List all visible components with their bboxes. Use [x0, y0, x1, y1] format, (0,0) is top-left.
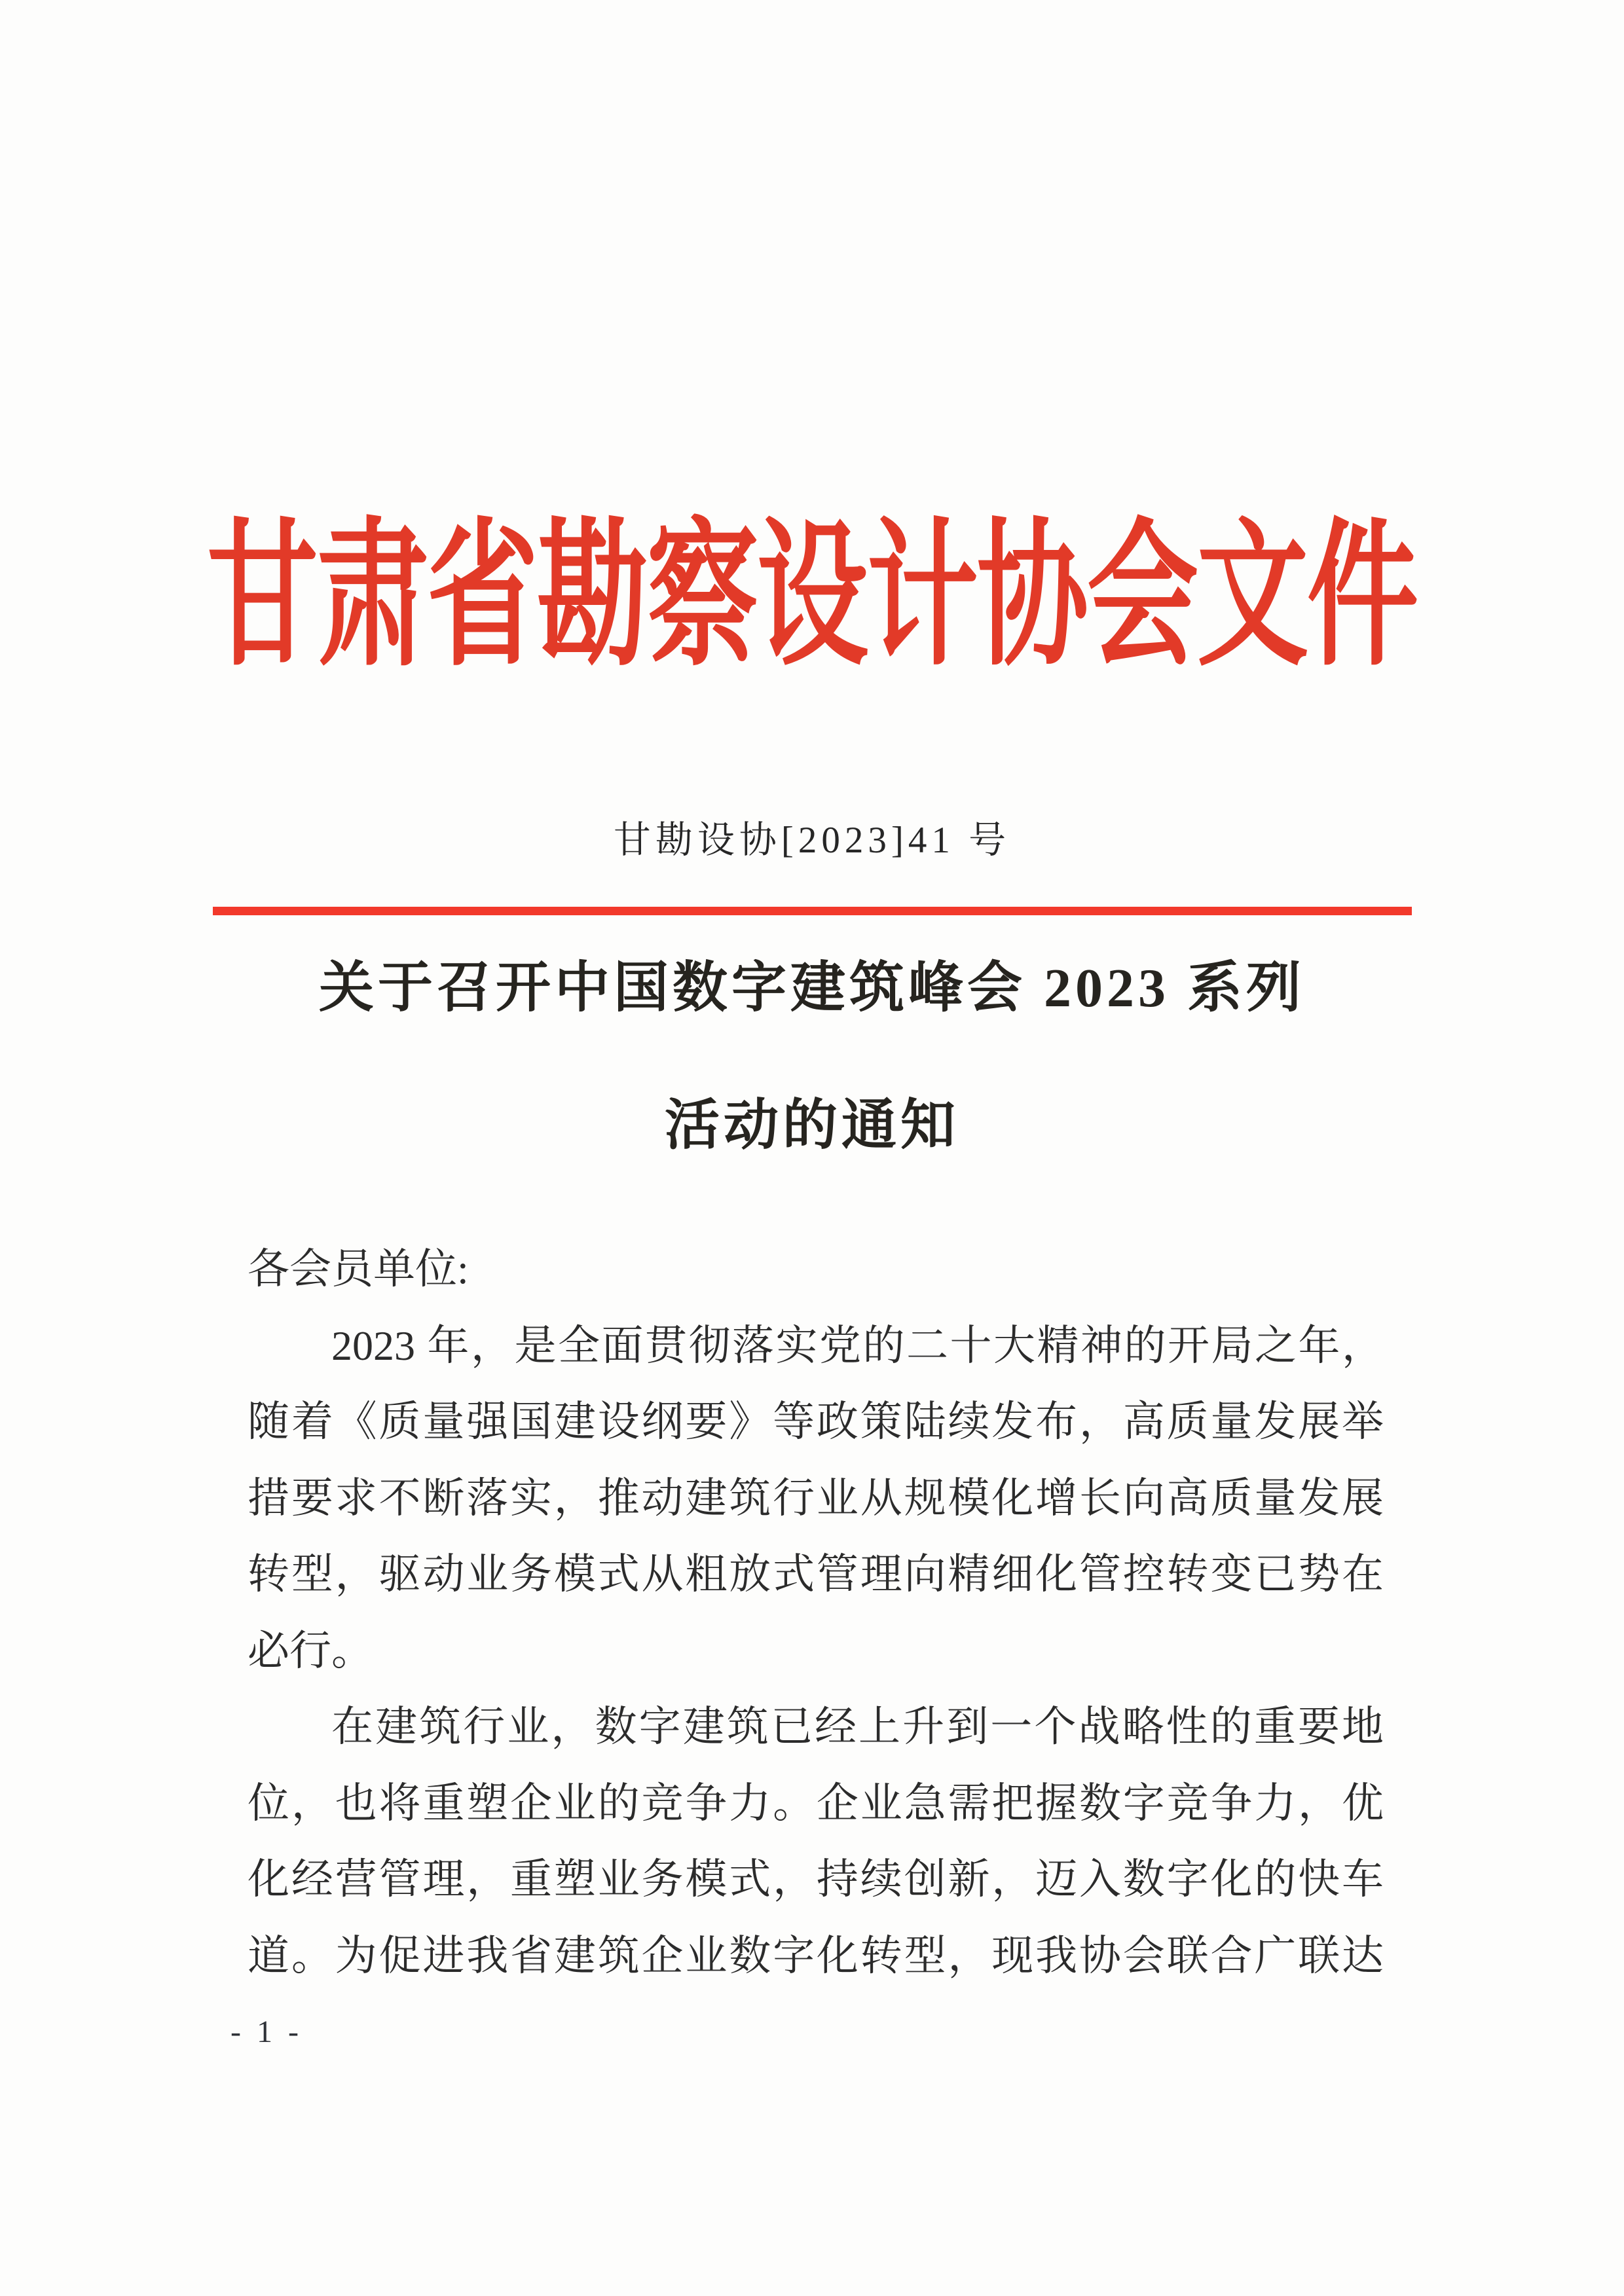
body-line: 化经营管理，重塑业务模式，持续创新，迈入数字化的快车	[248, 1842, 1384, 1918]
salutation: 各会员单位:	[248, 1231, 1384, 1308]
document-body: 各会员单位: 2023 年，是全面贯彻落实党的二十大精神的开局之年，随着《质量强…	[248, 1231, 1384, 1994]
body-line: 措要求不断落实，推动建筑行业从规模化增长向高质量发展	[248, 1461, 1384, 1537]
subject-line-1: 关于召开中国数字建筑峰会 2023 系列	[0, 920, 1624, 1057]
document-page: 甘肃省勘察设计协会文件 甘勘设协[2023]41 号 关于召开中国数字建筑峰会 …	[0, 0, 1624, 2296]
page-number: - 1 -	[231, 2013, 303, 2052]
red-divider-line	[213, 907, 1412, 915]
body-line: 必行。	[248, 1613, 1384, 1690]
body-line: 位，也将重塑企业的竞争力。企业急需把握数字竞争力，优	[248, 1766, 1384, 1842]
doc-number: 甘勘设协[2023]41 号	[0, 817, 1624, 864]
body-line: 随着《质量强国建设纲要》等政策陆续发布，高质量发展举	[248, 1384, 1384, 1461]
body-line: 道。为促进我省建筑企业数字化转型，现我协会联合广联达	[248, 1918, 1384, 1995]
body-line: 2023 年，是全面贯彻落实党的二十大精神的开局之年，	[248, 1308, 1384, 1385]
document-subject: 关于召开中国数字建筑峰会 2023 系列 活动的通知	[0, 920, 1624, 1195]
body-line: 在建筑行业，数字建筑已经上升到一个战略性的重要地	[248, 1689, 1384, 1766]
letterhead-title: 甘肃省勘察设计协会文件	[0, 458, 1624, 737]
body-line: 转型，驱动业务模式从粗放式管理向精细化管控转变已势在	[248, 1537, 1384, 1613]
subject-line-2: 活动的通知	[0, 1057, 1624, 1195]
